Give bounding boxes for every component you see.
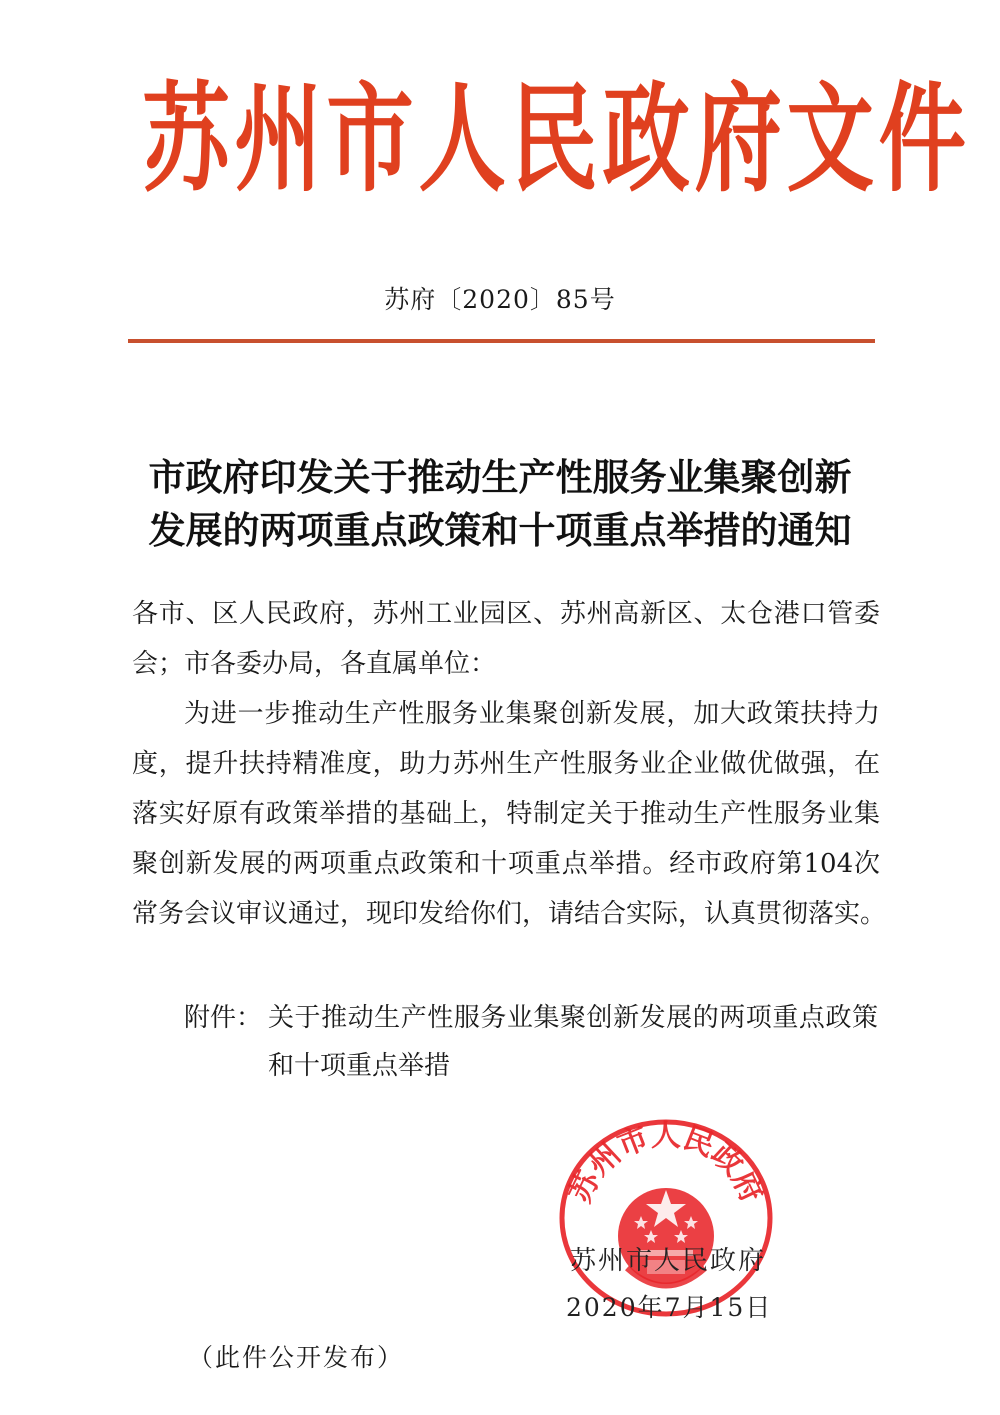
addressee-line-2: 会；市各委办局，各直属单位：	[132, 648, 880, 680]
masthead-char: 苏	[140, 67, 232, 214]
document-number: 苏府〔2020〕85号	[0, 280, 1000, 316]
addressee-line-1: 各市、区人民政府，苏州工业园区、苏州高新区、太仓港口管委	[132, 598, 880, 630]
document-title-line-2: 发展的两项重点政策和十项重点举措的通知	[0, 500, 1000, 554]
document-masthead: 苏州市人民政府文件	[140, 67, 709, 214]
masthead-char: 市	[324, 67, 416, 214]
body-line-2: 度，提升扶持精准度，助力苏州生产性服务业企业做优做强，在	[132, 748, 880, 780]
masthead-char: 州	[232, 67, 324, 214]
masthead-char: 府	[692, 67, 784, 214]
masthead-char: 人	[416, 67, 508, 214]
body-line-3: 落实好原有政策举措的基础上，特制定关于推动生产性服务业集	[132, 798, 880, 830]
attachment-label: 附件：	[184, 997, 262, 1034]
body-line-5: 常务会议审议通过，现印发给你们，请结合实际，认真贯彻落实。	[132, 898, 880, 930]
publication-note: （此件公开发布）	[188, 1338, 404, 1374]
masthead-char: 民	[508, 67, 600, 214]
red-separator-line	[128, 339, 875, 343]
masthead-char: 政	[600, 67, 692, 214]
body-line-1: 为进一步推动生产性服务业集聚创新发展，加大政策扶持力	[184, 698, 880, 730]
issue-date: 2020年7月15日	[566, 1288, 772, 1324]
masthead-char: 文	[784, 67, 876, 214]
issuing-authority-signature: 苏州市人民政府	[570, 1240, 766, 1277]
document-title-line-1: 市政府印发关于推动生产性服务业集聚创新	[0, 447, 1000, 501]
attachment-title-line-1: 关于推动生产性服务业集聚创新发展的两项重点政策	[268, 997, 878, 1034]
masthead-char: 件	[876, 67, 968, 214]
attachment-title-line-2: 和十项重点举措	[268, 1045, 450, 1082]
body-line-4: 聚创新发展的两项重点政策和十项重点举措。经市政府第104次	[132, 848, 880, 880]
